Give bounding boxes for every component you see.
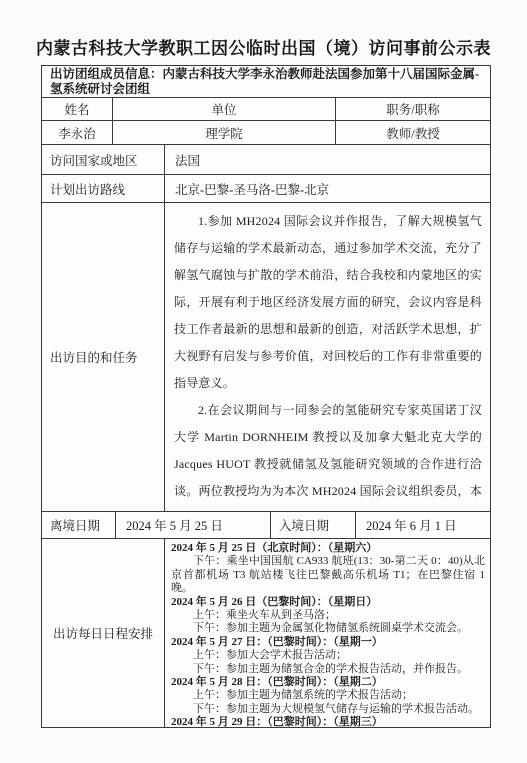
route-value: 北京-巴黎-圣马洛-巴黎-北京 [164,175,490,202]
visit-form-table: 出访团组成员信息：内蒙古科技大学李永治教师赴法国参加第十八届国际金属-氢系统研讨… [41,65,491,728]
schedule-item: 上午：参加大会学术报告活动； [171,649,485,662]
schedule-row: 出访每日日程安排 2024 年 5 月 25 日（北京时间）：（星期六）下午：乘… [42,538,490,727]
member-info-row: 出访团组成员信息：内蒙古科技大学李永治教师赴法国参加第十八届国际金属-氢系统研讨… [42,66,490,97]
schedule-label: 出访每日日程安排 [42,539,164,727]
departure-label: 离境日期 [42,512,115,538]
route-label: 计划出访路线 [42,175,164,202]
schedule-item: 上午：参加主题为储氢系统的学术报告活动； [171,689,485,702]
member-title: 教师/教授 [335,121,490,144]
schedule-item: 下午：参加主题为金属氢化物储氢系统圆桌学术交流会。 [171,622,485,635]
departure-date: 2024 年 5 月 25 日 [115,512,270,538]
member-name: 李永治 [42,121,112,144]
schedule-content: 2024 年 5 月 25 日（北京时间）：（星期六）下午：乘坐中国国航 CA9… [164,539,490,727]
schedule-date: 2024 年 5 月 28 日：（巴黎时间）：（星期二） [171,676,485,689]
members-header-row: 姓名 单位 职务/职称 [42,97,490,120]
schedule-date: 2024 年 5 月 26 日（巴黎时间）：（星期日） [171,596,485,609]
schedule-date: 2024 年 5 月 29 日：（巴黎时间）：（星期三） [171,716,485,727]
entry-label: 入境日期 [270,512,355,538]
country-value: 法国 [164,145,490,174]
purpose-content: 1.参加 MH2024 国际会议并作报告，了解大规模氢气储存与运输的学术最新动态… [164,203,490,511]
country-row: 访问国家或地区 法国 [42,144,490,174]
schedule-date: 2024 年 5 月 25 日（北京时间）：（星期六） [171,542,485,555]
header-title: 职务/职称 [335,98,490,120]
member-info-cell: 出访团组成员信息：内蒙古科技大学李永治教师赴法国参加第十八届国际金属-氢系统研讨… [42,66,490,97]
member-row: 李永治 理学院 教师/教授 [42,120,490,144]
schedule-item: 下午：乘坐中国国航 CA933 航班(13：30-第二天 0：40)从北京首都机… [171,555,485,595]
purpose-row: 出访目的和任务 1.参加 MH2024 国际会议并作报告，了解大规模氢气储存与运… [42,202,490,511]
header-unit: 单位 [112,98,335,120]
dates-row: 离境日期 2024 年 5 月 25 日 入境日期 2024 年 6 月 1 日 [42,511,490,538]
schedule-item: 下午：参加主题为储氢合金的学术报告活动，并作报告。 [171,663,485,676]
header-name: 姓名 [42,98,112,120]
country-label: 访问国家或地区 [42,145,164,174]
member-unit: 理学院 [112,121,335,144]
page-title: 内蒙古科技大学教职工因公临时出国（境）访问事前公示表 [0,0,527,59]
schedule-item: 下午：参加主题为大规模氢气储存与运输的学术报告活动。 [171,703,485,716]
schedule-date: 2024 年 5 月 27 日：（巴黎时间）：（星期一） [171,636,485,649]
entry-date: 2024 年 6 月 1 日 [355,512,490,538]
route-row: 计划出访路线 北京-巴黎-圣马洛-巴黎-北京 [42,174,490,202]
member-info-label: 出访团组成员信息： [50,67,163,81]
schedule-item: 上午：乘坐火车从到圣马洛； [171,609,485,622]
purpose-label: 出访目的和任务 [42,203,164,511]
document-page: 内蒙古科技大学教职工因公临时出国（境）访问事前公示表 出访团组成员信息：内蒙古科… [0,0,527,763]
purpose-paragraph: 2.在会议期间与一同参会的氢能研究专家英国诺丁汉大学 Martin DORNHE… [174,397,482,511]
purpose-paragraph: 1.参加 MH2024 国际会议并作报告，了解大规模氢气储存与运输的学术最新动态… [174,208,482,397]
